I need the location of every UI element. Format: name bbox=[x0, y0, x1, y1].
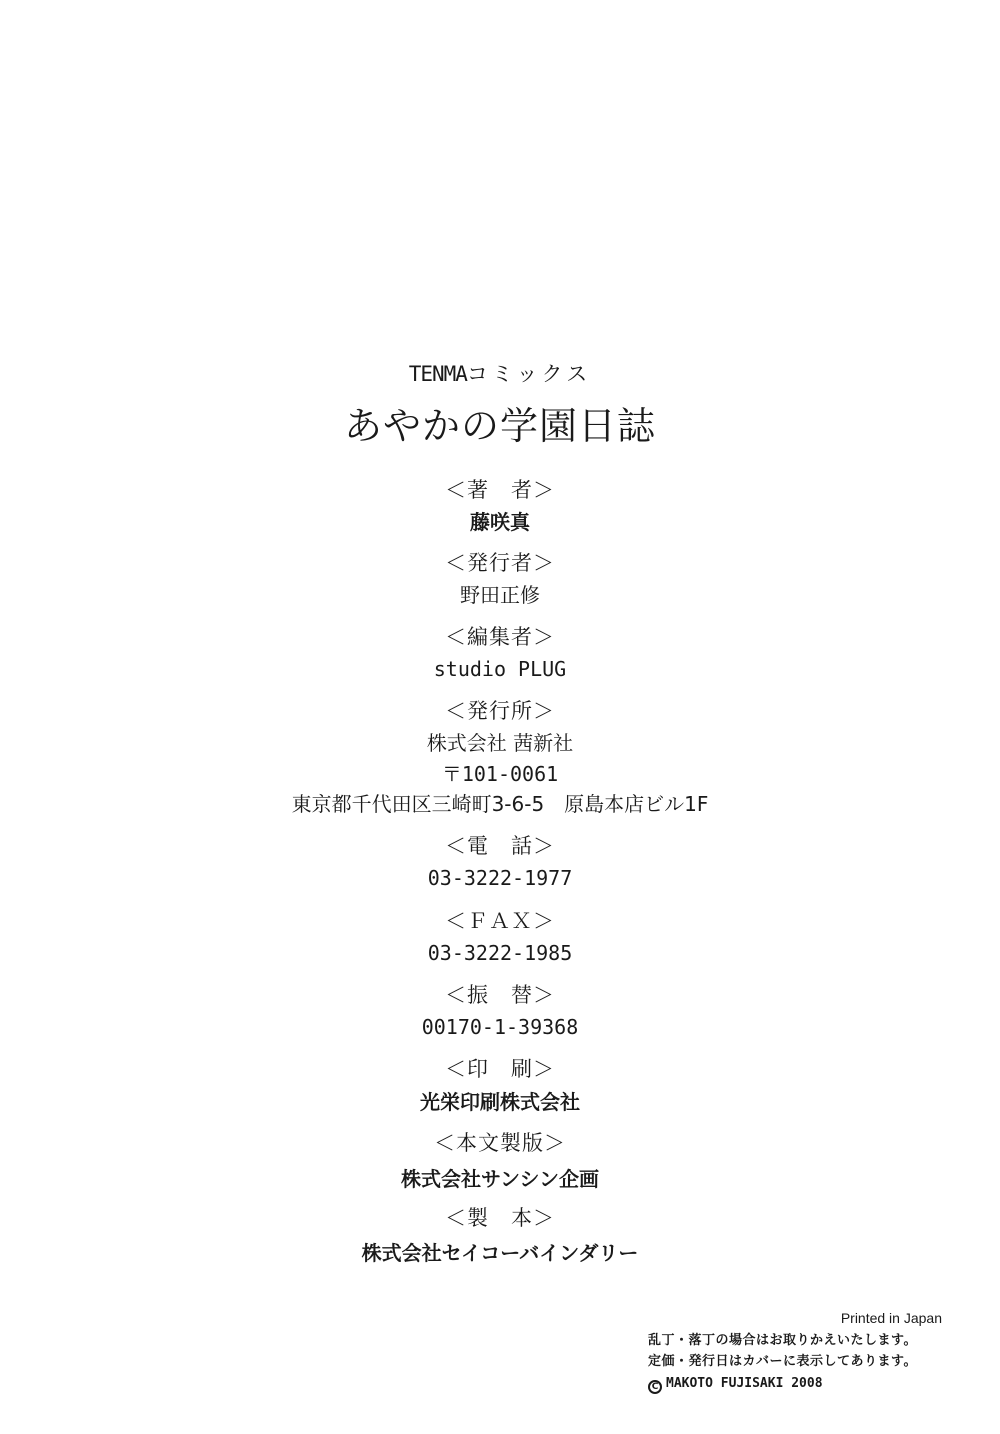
publisher-value: 野田正修 bbox=[0, 585, 1000, 605]
copyright-line: CMAKOTO FUJISAKI 2008 bbox=[648, 1373, 958, 1395]
author-label: ＜著 者＞ bbox=[0, 480, 1000, 501]
footer-notes: Printed in Japan 乱丁・落丁の場合はお取りかえいたします。 定価… bbox=[648, 1308, 958, 1394]
typesetting-value: 株式会社サンシン企画 bbox=[0, 1169, 1000, 1189]
transfer-label: ＜振 替＞ bbox=[0, 985, 1000, 1006]
author-value: 藤咲真 bbox=[0, 512, 1000, 532]
binding-label: ＜製 本＞ bbox=[0, 1208, 1000, 1229]
editor-value: studio PLUG bbox=[0, 659, 1000, 679]
series-name-kana: コミックス bbox=[467, 362, 591, 386]
printed-in-japan: Printed in Japan bbox=[648, 1308, 958, 1330]
binding-value: 株式会社セイコーバインダリー bbox=[0, 1243, 1000, 1263]
copyright-icon: C bbox=[648, 1380, 662, 1394]
printing-value: 光栄印刷株式会社 bbox=[0, 1092, 1000, 1112]
price-note: 定価・発行日はカバーに表示してあります。 bbox=[648, 1351, 958, 1373]
editor-label: ＜編集者＞ bbox=[0, 627, 1000, 648]
transfer-value: 00170-1-39368 bbox=[0, 1017, 1000, 1037]
series-name-latin: TENMA bbox=[409, 362, 467, 386]
series-name: TENMAコミックス bbox=[0, 364, 1000, 385]
publisher-label: ＜発行者＞ bbox=[0, 553, 1000, 574]
publishing-house-value: 株式会社 茜新社 bbox=[0, 733, 1000, 753]
fax-value: 03-3222-1985 bbox=[0, 943, 1000, 963]
phone-label: ＜電 話＞ bbox=[0, 836, 1000, 857]
replacement-note: 乱丁・落丁の場合はお取りかえいたします。 bbox=[648, 1330, 958, 1352]
fax-label: ＜ＦＡＸ＞ bbox=[0, 911, 1000, 932]
phone-value: 03-3222-1977 bbox=[0, 868, 1000, 888]
typesetting-label: ＜本文製版＞ bbox=[0, 1133, 1000, 1154]
book-title: あやかの学園日誌 bbox=[0, 407, 1000, 445]
printing-label: ＜印 刷＞ bbox=[0, 1059, 1000, 1080]
address: 東京都千代田区三崎町3-6-5 原島本店ビル1F bbox=[0, 794, 1000, 814]
publishing-house-label: ＜発行所＞ bbox=[0, 701, 1000, 722]
postal-code: 〒101-0061 bbox=[0, 764, 1000, 784]
colophon-page: TENMAコミックス あやかの学園日誌 ＜著 者＞ 藤咲真 ＜発行者＞ 野田正修… bbox=[0, 0, 1000, 1434]
copyright-text: MAKOTO FUJISAKI 2008 bbox=[666, 1376, 823, 1391]
